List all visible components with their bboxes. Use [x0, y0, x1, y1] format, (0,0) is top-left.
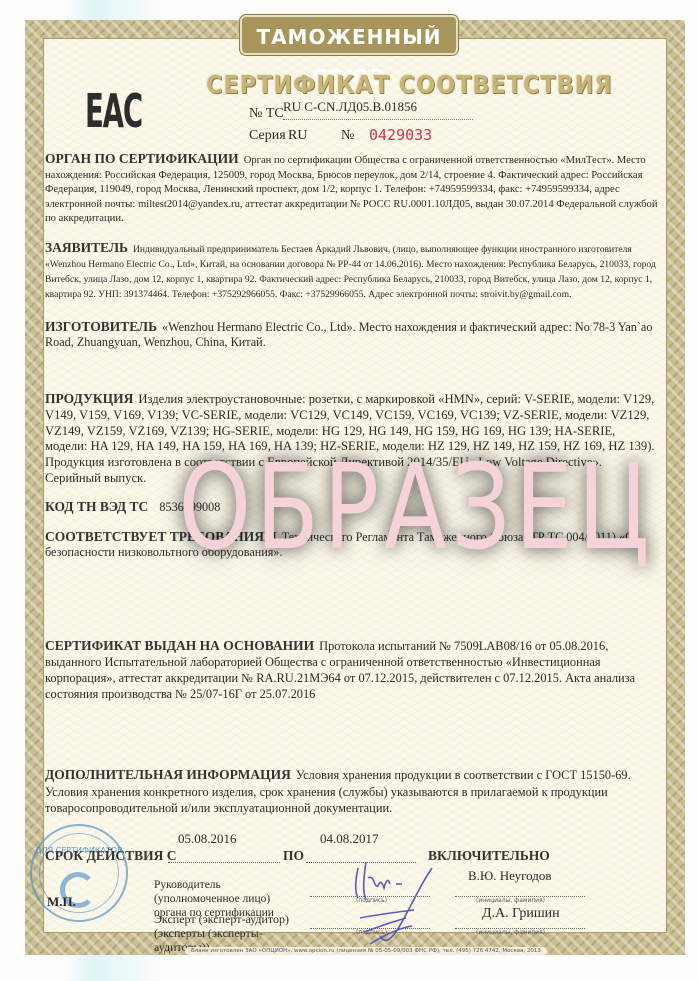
section-additional-info: ДОПОЛНИТЕЛЬНАЯ ИНФОРМАЦИЯУсловия хранени…: [45, 767, 660, 817]
customs-union-banner: ТАМОЖЕННЫЙ СОЮЗ: [240, 15, 458, 55]
section-certification-body: ОРГАН ПО СЕРТИФИКАЦИИОрган по сертификац…: [45, 152, 660, 227]
serial-number-label: №: [341, 128, 354, 144]
stamp-place-label: М.П.: [47, 894, 76, 910]
head-name: В.Ю. Неугодов: [468, 868, 552, 884]
validity-from-label: СРОК ДЕЙСТВИЯ С: [45, 848, 177, 864]
section-label: СЕРТИФИКАТ ВЫДАН НА ОСНОВАНИИ: [45, 638, 314, 653]
expert-name-caption: (инициалы, фамилия): [476, 929, 545, 936]
form-footer: Бланк изготовлен ЗАО «ОПЦИОН», www.opcio…: [185, 947, 547, 955]
expert-name: Д.А. Гришин: [482, 906, 560, 922]
validity-to-date: 04.08.2017: [320, 831, 379, 847]
section-applicant: ЗАЯВИТЕЛЬИндивидуальный предприниматель …: [45, 240, 660, 302]
section-basis: СЕРТИФИКАТ ВЫДАН НА ОСНОВАНИИПротокола и…: [45, 638, 660, 702]
series-value: RU: [288, 128, 307, 144]
section-label: ПРОДУКЦИЯ: [45, 391, 133, 406]
tc-number-label: № ТС: [249, 106, 284, 122]
validity-to-label: ПО: [283, 848, 304, 864]
from-date-line: [168, 862, 280, 863]
section-text: Индивидуальный предприниматель Бестаев А…: [45, 244, 656, 300]
section-label: ОРГАН ПО СЕРТИФИКАЦИИ: [45, 151, 239, 166]
tc-number: RU С-CN.ЛД05.В.01856: [283, 99, 473, 120]
section-manufacturer: ИЗГОТОВИТЕЛЬ«Wenzhou Hermano Electric Co…: [45, 320, 660, 350]
head-name-caption: (инициалы, фамилия): [476, 897, 545, 904]
section-label: ДОПОЛНИТЕЛЬНАЯ ИНФОРМАЦИЯ: [45, 767, 291, 782]
section-label: ИЗГОТОВИТЕЛЬ: [45, 319, 157, 334]
certificate-title: СЕРТИФИКАТ СООТВЕТСТВИЯ: [206, 70, 613, 99]
eac-mark: EAC: [85, 84, 142, 138]
validity-from-date: 05.08.2016: [178, 831, 237, 847]
sample-watermark: ОБРАЗЕЦ: [179, 442, 538, 572]
signature-icon: [340, 848, 450, 958]
section-label: КОД ТН ВЭД ТС: [45, 499, 148, 514]
serial-number: 0429033: [369, 126, 432, 144]
certification-stamp: ДЛЯ СЕРТИФИКАТОВ: [30, 824, 128, 922]
section-label: ЗАЯВИТЕЛЬ: [45, 240, 128, 255]
series-label: Серия: [249, 128, 286, 144]
